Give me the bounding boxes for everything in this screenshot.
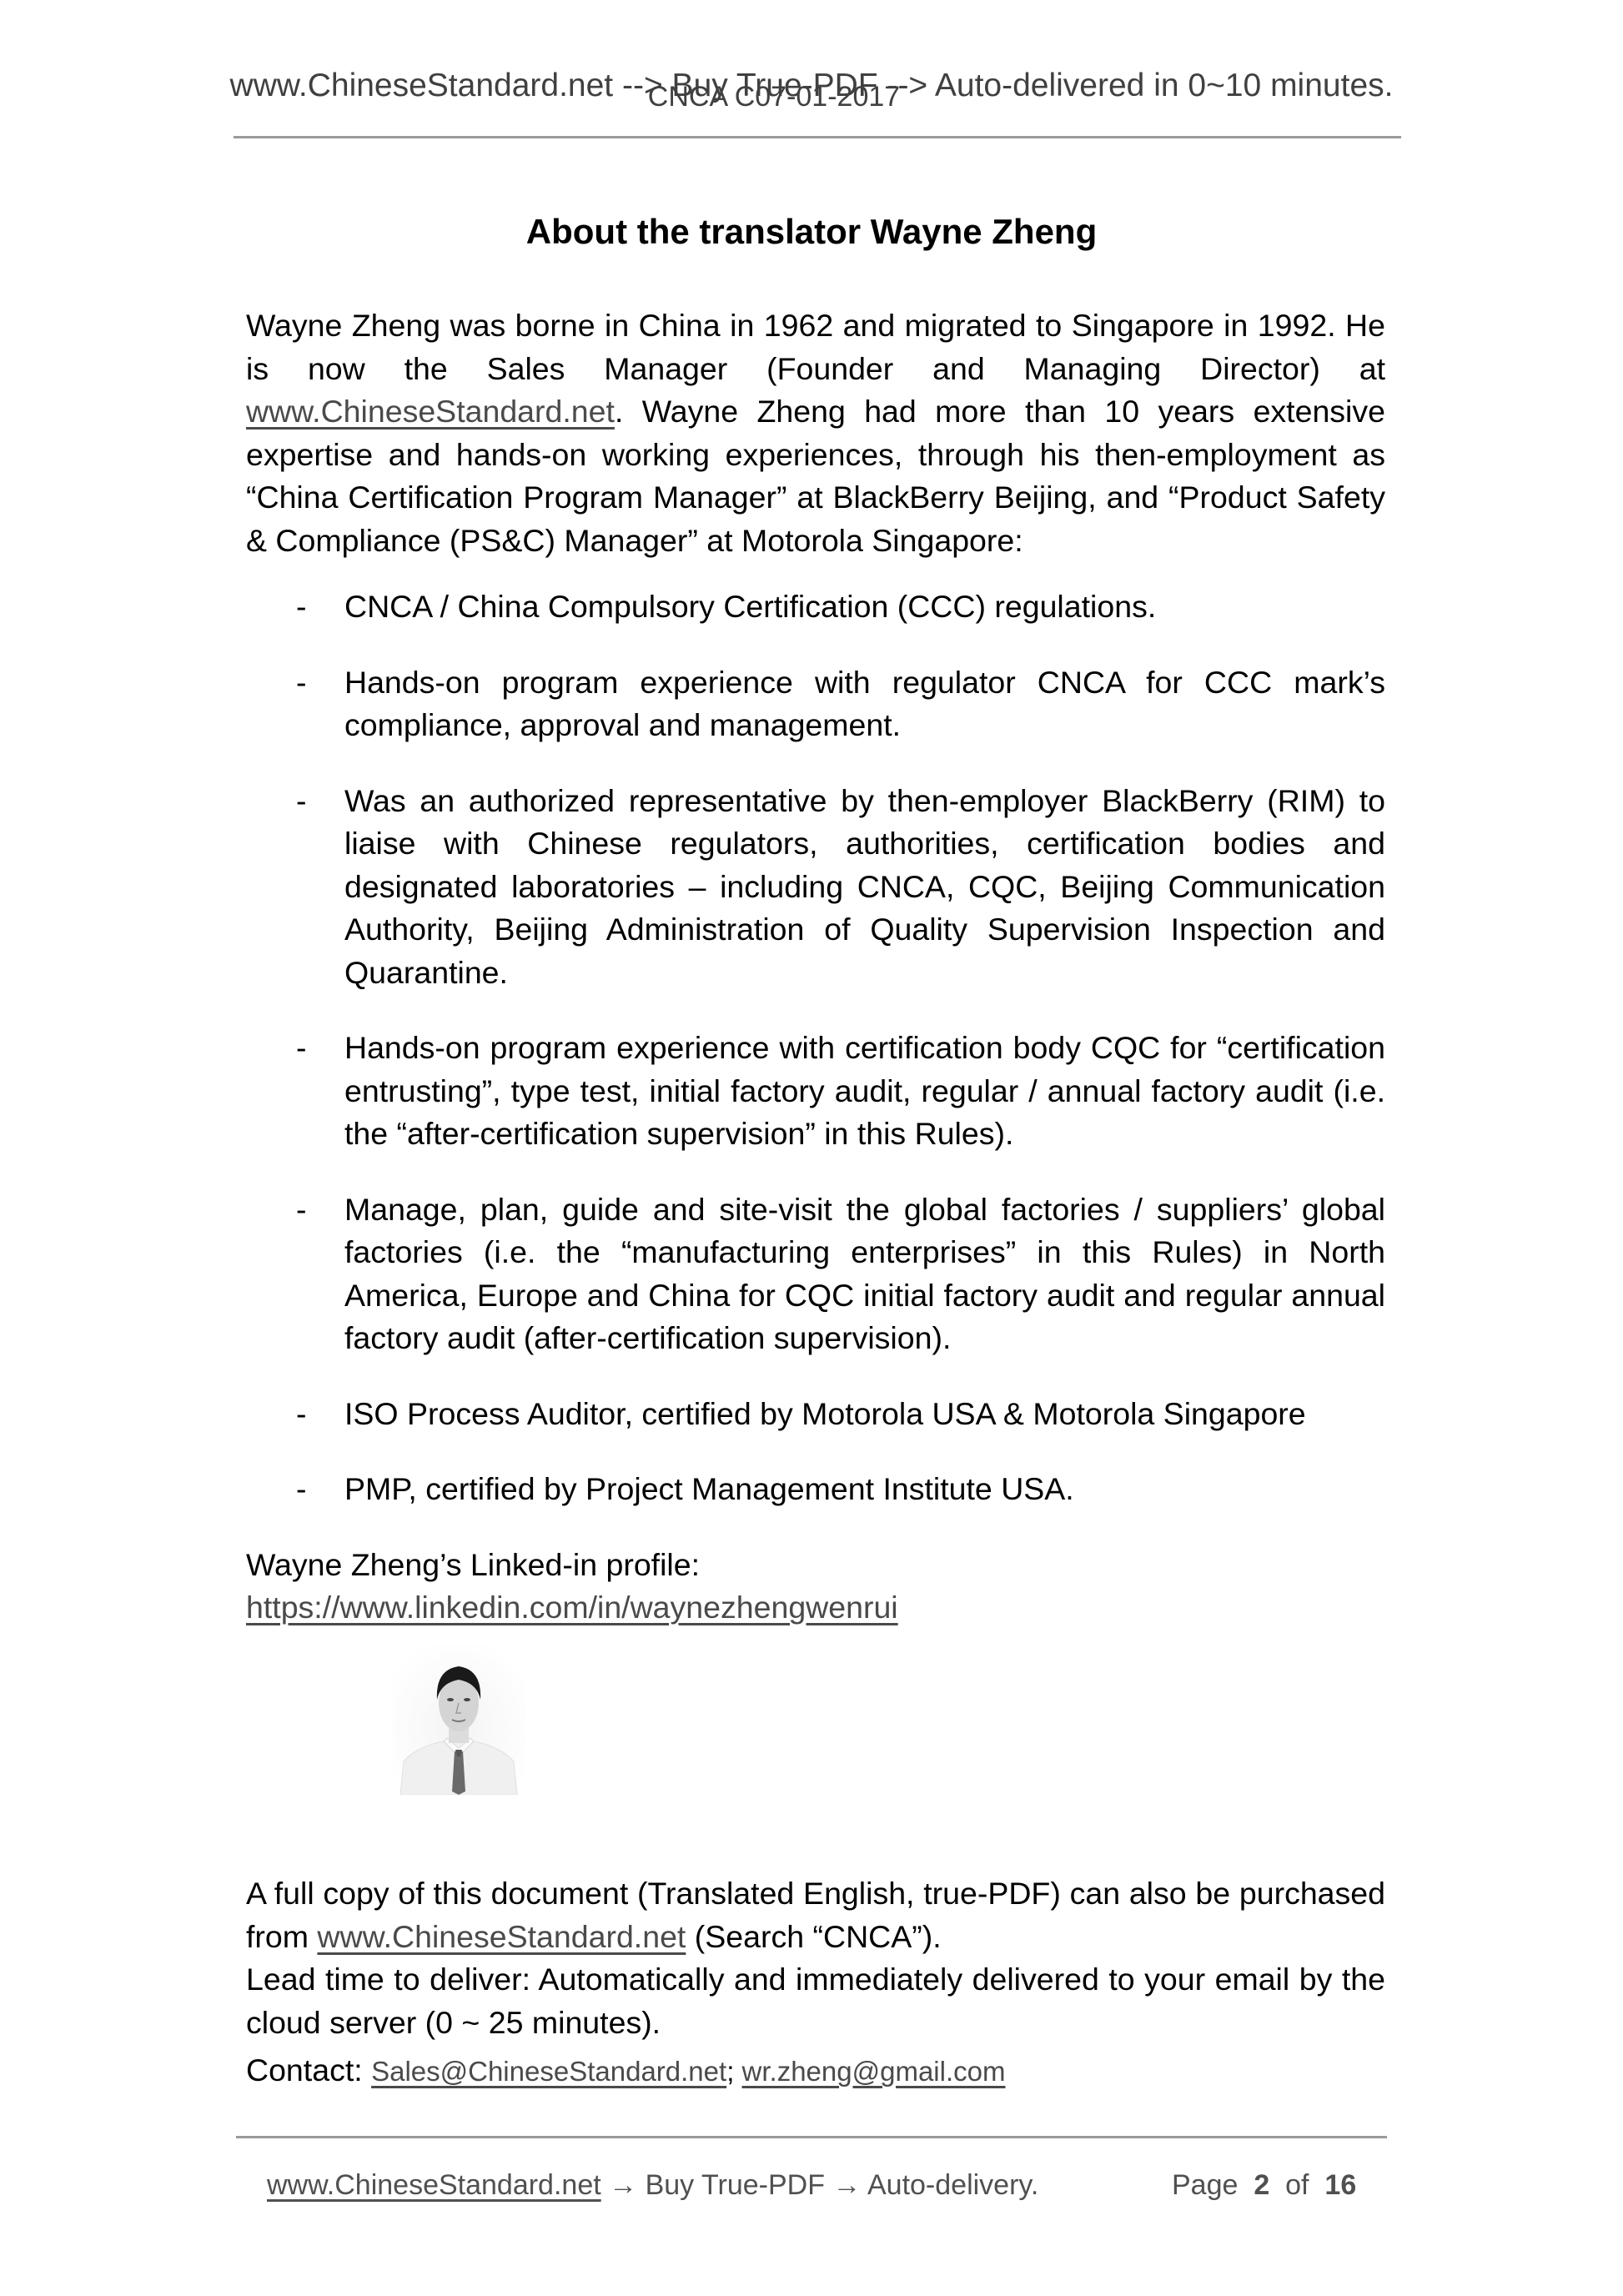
main-content: Wayne Zheng was borne in China in 1962 a… [246, 304, 1385, 1630]
document-code: CNCA C07-01-2017 [0, 80, 1585, 113]
sales-email-link[interactable]: Sales@ChineseStandard.net [371, 2056, 726, 2087]
purchase-site-link[interactable]: www.ChineseStandard.net [317, 1919, 686, 1954]
list-item-text: Hands-on program experience with regulat… [344, 665, 1385, 743]
page-number: Page 2 of 16 [1172, 2167, 1356, 2203]
page-current: 2 [1254, 2169, 1269, 2201]
page-total: 16 [1324, 2169, 1356, 2201]
contact-row: Contact: Sales@ChineseStandard.net; wr.z… [246, 2049, 1385, 2093]
chinesestandard-link[interactable]: www.ChineseStandard.net [246, 394, 615, 429]
list-item: -Hands-on program experience with regula… [246, 661, 1385, 747]
personal-email-link[interactable]: wr.zheng@gmail.com [742, 2056, 1006, 2087]
dash-bullet: - [296, 1027, 307, 1070]
list-item-text: Manage, plan, guide and site-visit the g… [344, 1192, 1385, 1356]
dash-bullet: - [296, 1468, 307, 1511]
list-item: -Manage, plan, guide and site-visit the … [246, 1188, 1385, 1360]
list-item: -Hands-on program experience with certif… [246, 1027, 1385, 1156]
translator-photo [392, 1645, 525, 1795]
list-item: -PMP, certified by Project Management In… [246, 1468, 1385, 1511]
footer-text: → Buy True-PDF → Auto-delivery. [601, 2169, 1039, 2201]
list-item-text: ISO Process Auditor, certified by Motoro… [344, 1396, 1306, 1431]
page-of-label: of [1285, 2169, 1309, 2201]
list-item-text: CNCA / China Compulsory Certification (C… [344, 589, 1156, 624]
purchase-search-hint: (Search “CNCA”). [686, 1919, 941, 1954]
header-divider [234, 136, 1401, 138]
list-item-text: PMP, certified by Project Management Ins… [344, 1471, 1074, 1506]
intro-paragraph: Wayne Zheng was borne in China in 1962 a… [246, 304, 1385, 562]
list-item-text: Hands-on program experience with certifi… [344, 1030, 1385, 1151]
list-item-text: Was an authorized representative by then… [344, 783, 1385, 990]
list-item: -ISO Process Auditor, certified by Motor… [246, 1393, 1385, 1436]
footer: www.ChineseStandard.net → Buy True-PDF →… [267, 2167, 1038, 2203]
contact-label: Contact: [246, 2052, 371, 2088]
dash-bullet: - [296, 780, 307, 823]
linkedin-profile-link[interactable]: https://www.linkedin.com/in/waynezhengwe… [246, 1590, 898, 1625]
contact-separator: ; [726, 2056, 741, 2087]
dash-bullet: - [296, 585, 307, 629]
lead-time-text: Lead time to deliver: Automatically and … [246, 1958, 1385, 2044]
page-title: About the translator Wayne Zheng [0, 207, 1623, 257]
footer-divider [236, 2136, 1387, 2138]
purchase-paragraph: A full copy of this document (Translated… [246, 1872, 1385, 1958]
list-item: -CNCA / China Compulsory Certification (… [246, 585, 1385, 629]
experience-list: -CNCA / China Compulsory Certification (… [246, 585, 1385, 1511]
dash-bullet: - [296, 1188, 307, 1232]
dash-bullet: - [296, 1393, 307, 1436]
dash-bullet: - [296, 661, 307, 705]
footer-site-link[interactable]: www.ChineseStandard.net [267, 2169, 601, 2201]
linkedin-label: Wayne Zheng’s Linked-in profile: [246, 1544, 1385, 1587]
intro-text: Wayne Zheng was borne in China in 1962 a… [246, 308, 1385, 386]
purchase-info: A full copy of this document (Translated… [246, 1872, 1385, 2093]
list-item: -Was an authorized representative by the… [246, 780, 1385, 995]
page-label: Page [1172, 2169, 1238, 2201]
